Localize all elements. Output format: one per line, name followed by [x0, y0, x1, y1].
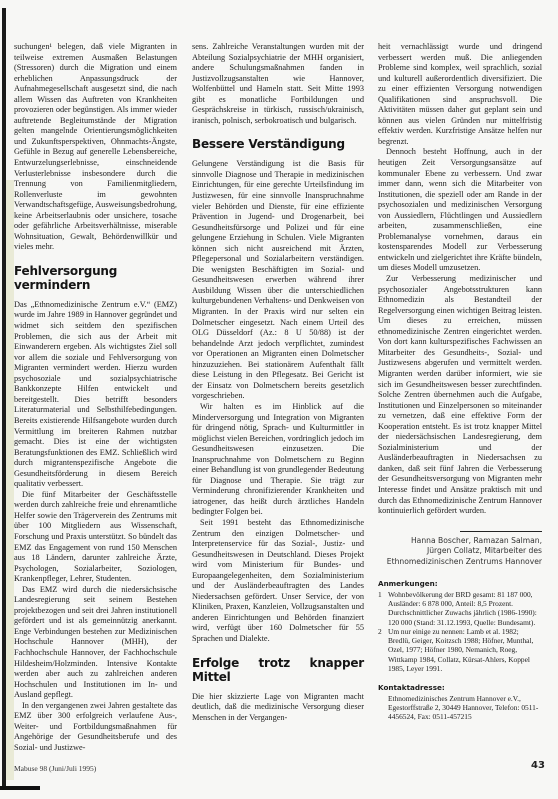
section-heading-erfolge: Erfolge trotz knapper Mittel — [192, 656, 364, 684]
footnote-text: Wohnbevölkerung der BRD gesamt: 81 187 0… — [388, 590, 542, 627]
article-column-3: heit vernachlässigt wurde und dringend v… — [378, 42, 542, 722]
author-line: Hanna Boscher, Ramazan Salman, — [378, 536, 542, 547]
divider-rule — [460, 531, 542, 532]
page-number: 43 — [531, 760, 545, 771]
paragraph: Das „Ethnomedizinische Zentrum e.V.“ (EM… — [14, 300, 177, 490]
article-column-2: sens. Zahlreiche Veranstaltungen wurden … — [192, 42, 364, 723]
author-line: Jürgen Collatz, Mitarbeiter des — [378, 546, 542, 557]
footnote-number: 2 — [378, 627, 388, 673]
page-edge-tint — [6, 180, 14, 780]
publication-source: Mabuse 98 (Juni/Juli 1995) — [14, 764, 96, 773]
paragraph: Gelungene Verständigung ist die Basis fü… — [192, 159, 364, 402]
footnote-1: 1 Wohnbevölkerung der BRD gesamt: 81 187… — [378, 590, 542, 627]
author-line: Ethnomedizinischen Zentrums Hannover — [378, 557, 542, 568]
contact-address: Ethnomedizinisches Zentrum Hannover e.V.… — [378, 694, 542, 722]
paragraph: Die fünf Mitarbeiter der Geschäftsstelle… — [14, 490, 177, 585]
page-corner-mark — [0, 786, 40, 790]
paragraph: Seit 1991 besteht das Ethnomedizinische … — [192, 518, 364, 645]
paragraph: sens. Zahlreiche Veranstaltungen wurden … — [192, 42, 364, 126]
section-heading-verstaendigung: Bessere Verständigung — [192, 137, 364, 151]
paragraph: Zur Verbesserung medizinischer und psych… — [378, 274, 542, 517]
paragraph: Wir halten es im Hinblick auf die Minder… — [192, 402, 364, 518]
footnote-number: 1 — [378, 590, 388, 627]
paragraph: Das EMZ wird durch die niedersächsische … — [14, 585, 177, 701]
paragraph: heit vernachlässigt wurde und dringend v… — [378, 42, 542, 147]
section-heading-fehlversorgung: Fehlversorgung vermindern — [14, 264, 177, 292]
paragraph: Dennoch besteht Hoffnung, auch in der he… — [378, 147, 542, 274]
notes-heading: Anmerkungen: — [378, 579, 542, 590]
article-column-1: suchungen¹ belegen, daß viele Migranten … — [14, 42, 177, 753]
contact-heading: Kontaktadresse: — [378, 683, 542, 694]
footnote-text: Um nur einige zu nennen: Lamb et al. 198… — [388, 627, 542, 673]
footnote-2: 2 Um nur einige zu nennen: Lamb et al. 1… — [378, 627, 542, 673]
author-credits: Hanna Boscher, Ramazan Salman, Jürgen Co… — [378, 536, 542, 568]
paragraph: In den vergangenen zwei Jahren gestaltet… — [14, 701, 177, 754]
paragraph: suchungen¹ belegen, daß viele Migranten … — [14, 42, 177, 253]
paragraph: Die hier skizzierte Lage von Migranten m… — [192, 692, 364, 724]
